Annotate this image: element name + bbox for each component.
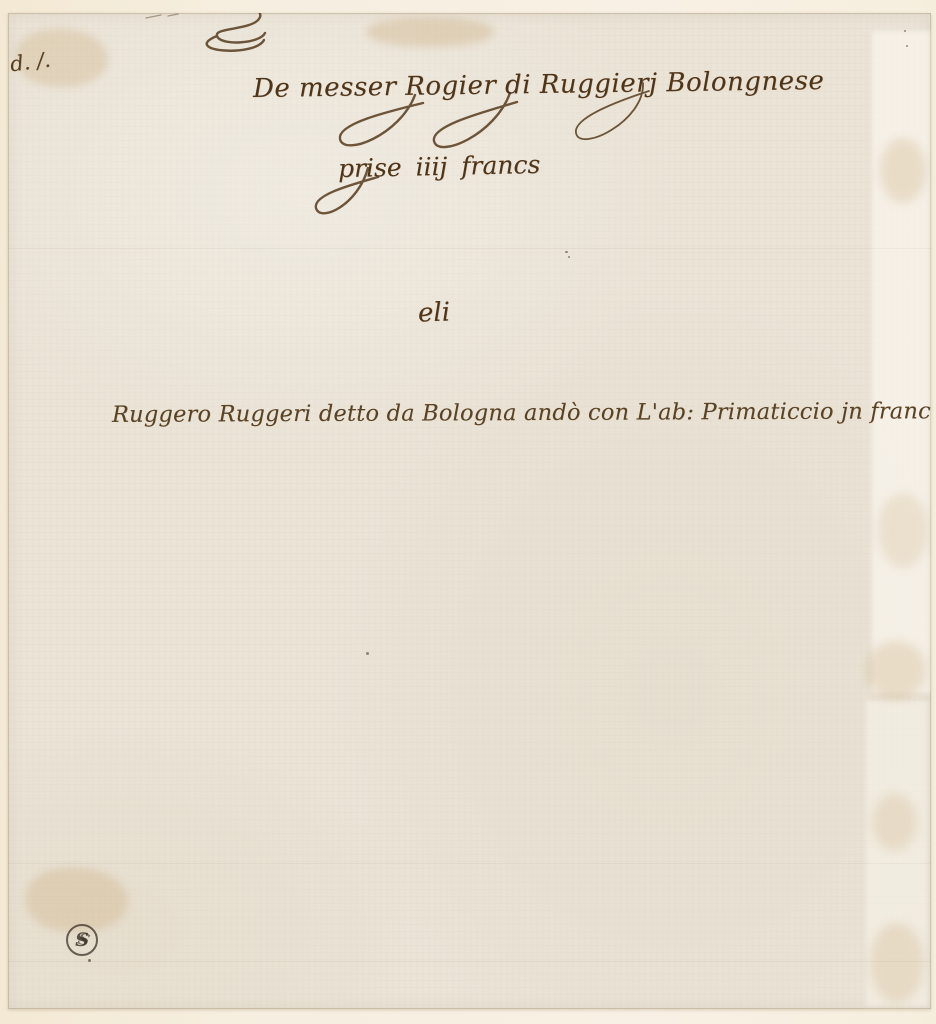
crease-line	[8, 863, 931, 864]
stain-right-4	[872, 793, 917, 851]
tape-residue-right-upper	[872, 31, 930, 693]
biographical-inscription: Ruggero Ruggeri detto da Bologna andò co…	[112, 398, 931, 428]
price-inscription: prise iiij francs	[338, 150, 541, 183]
ink-speck	[904, 30, 906, 32]
ink-speck	[906, 45, 908, 47]
crease-line	[8, 961, 931, 962]
crease-line	[8, 248, 931, 249]
stain-right-3	[866, 641, 926, 699]
ink-speck	[366, 652, 369, 655]
inventory-corner-mark: d. /.	[9, 48, 52, 77]
stain-right-1	[880, 138, 926, 203]
ink-speck	[565, 251, 568, 253]
collector-stamp: S S	[66, 924, 98, 956]
center-mark-inscription: eli	[417, 297, 450, 328]
stain-top-center	[366, 17, 494, 47]
stain-right-5	[870, 923, 924, 1003]
stain-right-2	[878, 493, 928, 568]
attribution-title-inscription: De messer Rogier di Ruggierj Bolongnese	[253, 66, 825, 104]
ink-speck	[568, 256, 570, 258]
manuscript-photo: d. /. De messer Rogier di Ruggierj Bolon…	[0, 0, 936, 1024]
stamp-ink-dot	[88, 959, 91, 962]
paper-sheet: d. /. De messer Rogier di Ruggierj Bolon…	[8, 13, 931, 1009]
